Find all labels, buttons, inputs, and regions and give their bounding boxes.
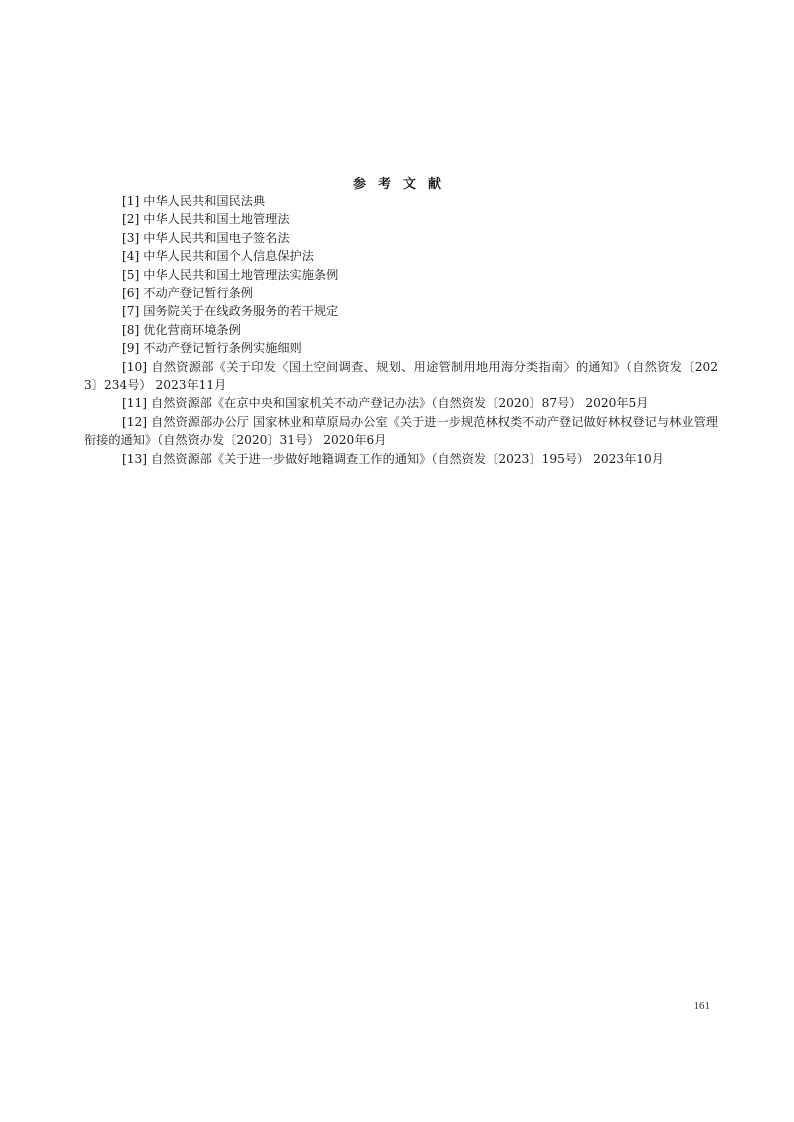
reference-number: [7] <box>122 304 139 318</box>
reference-item-10: [10]自然资源部《关于印发〈国土空间调查、规划、用途管制用地用海分类指南〉的通… <box>84 358 718 395</box>
reference-item-1: [1]中华人民共和国民法典 <box>84 192 718 210</box>
reference-text: 国务院关于在线政务服务的若干规定 <box>143 304 338 318</box>
reference-text: 优化营商环境条例 <box>143 323 241 337</box>
reference-number: [9] <box>122 341 139 355</box>
reference-number: [8] <box>122 323 139 337</box>
reference-number: [1] <box>122 194 139 208</box>
reference-number: [2] <box>122 212 139 226</box>
reference-number: [10] <box>122 360 147 374</box>
reference-item-3: [3]中华人民共和国电子签名法 <box>84 229 718 247</box>
reference-number: [13] <box>122 452 147 466</box>
reference-text: 中华人民共和国个人信息保护法 <box>143 249 314 263</box>
reference-number: [11] <box>122 396 147 410</box>
reference-text: 不动产登记暂行条例 <box>143 286 253 300</box>
reference-text: 自然资源部《在京中央和国家机关不动产登记办法》（自然资发〔2020〕87号） 2… <box>151 396 648 410</box>
reference-text: 自然资源部《关于进一步做好地籍调查工作的通知》（自然资发〔2023〕195号） … <box>151 452 664 466</box>
reference-item-6: [6]不动产登记暂行条例 <box>84 284 718 302</box>
page-number: 161 <box>660 1000 710 1012</box>
reference-item-2: [2]中华人民共和国土地管理法 <box>84 210 718 228</box>
reference-text: 不动产登记暂行条例实施细则 <box>143 341 301 355</box>
reference-item-5: [5]中华人民共和国土地管理法实施条例 <box>84 266 718 284</box>
reference-item-13: [13]自然资源部《关于进一步做好地籍调查工作的通知》（自然资发〔2023〕19… <box>84 450 718 468</box>
reference-list: [1]中华人民共和国民法典 [2]中华人民共和国土地管理法 [3]中华人民共和国… <box>84 192 718 468</box>
reference-text: 中华人民共和国土地管理法 <box>143 212 289 226</box>
reference-item-12: [12]自然资源部办公厅 国家林业和草原局办公室《关于进一步规范林权类不动产登记… <box>84 413 718 450</box>
reference-text: 中华人民共和国土地管理法实施条例 <box>143 268 338 282</box>
reference-number: [5] <box>122 268 139 282</box>
reference-item-8: [8]优化营商环境条例 <box>84 321 718 339</box>
reference-item-7: [7]国务院关于在线政务服务的若干规定 <box>84 302 718 320</box>
reference-number: [4] <box>122 249 139 263</box>
reference-text: 中华人民共和国电子签名法 <box>143 231 289 245</box>
reference-number: [6] <box>122 286 139 300</box>
reference-item-4: [4]中华人民共和国个人信息保护法 <box>84 247 718 265</box>
reference-item-11: [11]自然资源部《在京中央和国家机关不动产登记办法》（自然资发〔2020〕87… <box>84 394 718 412</box>
reference-number: [12] <box>122 415 147 429</box>
reference-item-9: [9]不动产登记暂行条例实施细则 <box>84 339 718 357</box>
reference-text: 自然资源部办公厅 国家林业和草原局办公室《关于进一步规范林权类不动产登记做好林权… <box>84 415 718 447</box>
reference-number: [3] <box>122 231 139 245</box>
reference-text: 自然资源部《关于印发〈国土空间调查、规划、用途管制用地用海分类指南〉的通知》（自… <box>84 360 718 392</box>
reference-text: 中华人民共和国民法典 <box>143 194 265 208</box>
